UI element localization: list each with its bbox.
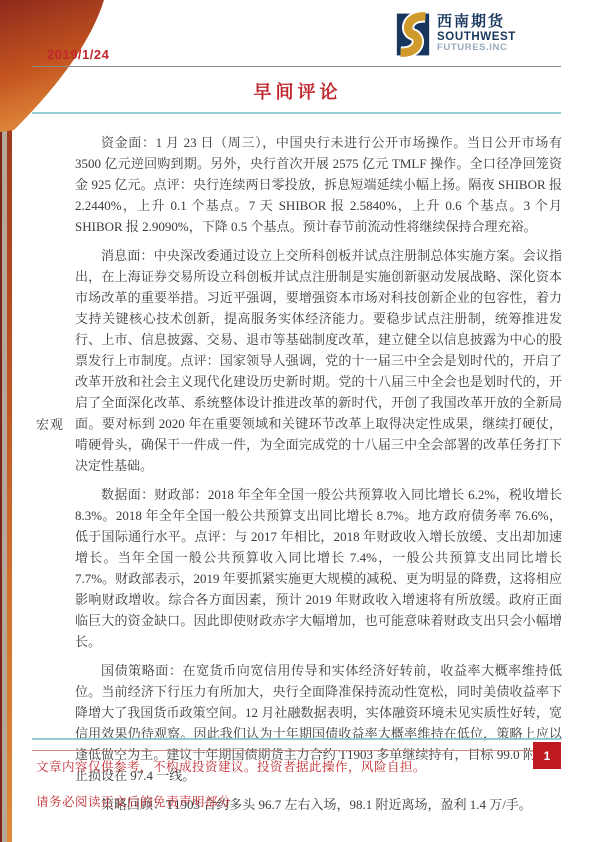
report-date: 2019/1/24 [47,47,109,62]
company-logo: 西南期货 SOUTHWEST FUTURES.INC [394,12,516,57]
body-paragraph-funding: 资金面：1 月 23 日（周三），中国央行未进行公开市场操作。当日公开市场有 3… [75,132,562,237]
southwest-futures-logo-icon [394,12,432,57]
footer-divider-red [32,750,533,751]
body-paragraph-news: 消息面：中央深改委通过设立上交所科创板并试点注册制总体实施方案。会议指出，在上海… [75,245,562,476]
logo-name-en2: FUTURES.INC [437,43,516,53]
logo-name-en1: SOUTHWEST [437,31,516,43]
report-body: 资金面：1 月 23 日（周三），中国央行未进行公开市场操作。当日公开市场有 3… [75,132,562,823]
footer-divider-blue [32,738,561,740]
report-page: 2019/1/24 西南期货 SOUTHWEST FUTURES.INC 早间评… [0,0,595,842]
section-label-macro: 宏观 [36,414,64,433]
logo-text: 西南期货 SOUTHWEST FUTURES.INC [437,15,516,53]
logo-name-cn: 西南期货 [437,15,516,31]
footer-disclaimer-line2: 请务必阅读正文后的免责声明部分 [36,792,231,810]
page-number-badge: 1 [533,742,561,769]
header-divider-line [32,66,561,67]
body-paragraph-data: 数据面：财政部：2018 年全年全国一般公共预算收入同比增长 6.2%，税收增长… [75,484,562,652]
footer-disclaimer-line1: 文章内容仅供参考，不构成投资建议。投资者据此操作，风险自担。 [36,757,426,775]
title-divider-line [32,112,561,114]
page-title: 早间评论 [0,78,595,104]
